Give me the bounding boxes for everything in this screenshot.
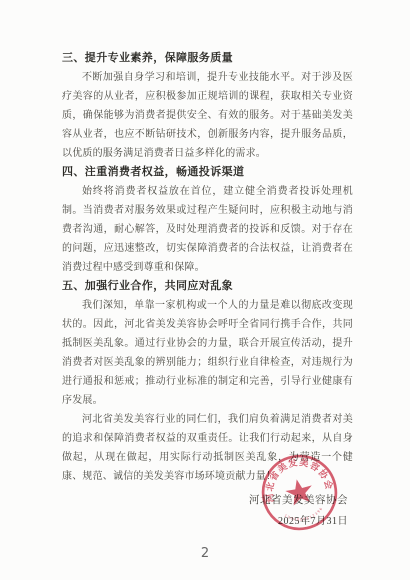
paragraph: 始终将消费者权益放在首位，建立健全消费者投诉处理机制。当消费者对服务效果或过程产… [62,182,353,277]
section-heading-5: 五、加强行业合作，共同应对乱象 [62,277,353,296]
section-heading-4: 四、注重消费者权益，畅通投诉渠道 [62,163,353,182]
page-number: 2 [0,546,410,561]
official-seal-stamp: 河北省美发美容协会 1301028612396 [260,453,339,532]
paragraph: 我们深知，单靠一家机构或一个人的力量是难以彻底改变现状的。因此，河北省美发美容协… [62,296,353,410]
document-page: 三、提升专业素养，保障服务质量 不断加强自身学习和培训，提升专业技能水平。对于涉… [0,0,410,580]
stamp-star-icon [283,477,315,507]
paragraph: 不断加强自身学习和培训，提升专业技能水平。对于涉及医疗美容的从业者，应积极参加正… [62,68,353,163]
section-heading-3: 三、提升专业素养，保障服务质量 [62,49,353,68]
